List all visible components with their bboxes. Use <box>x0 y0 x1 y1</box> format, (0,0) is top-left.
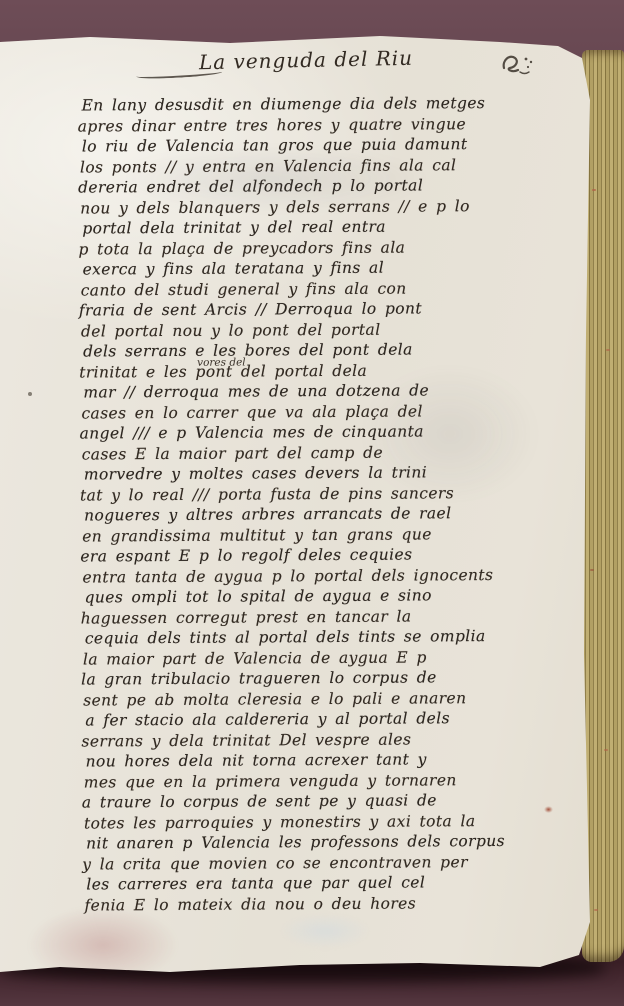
line-text: exerca y fins ala teratana y fins al <box>83 259 385 279</box>
folio-mark-icon <box>498 50 538 80</box>
line-text: apres dinar entre tres hores y quatre vi… <box>78 115 466 135</box>
line-text: la gran tribulacio tragueren lo corpus d… <box>81 668 437 688</box>
line-text: mes que en la primera venguda y tornaren <box>84 771 457 791</box>
line-text: mar // derroqua mes de una dotzena de <box>83 381 429 401</box>
ink-speck <box>28 392 32 396</box>
line-text: haguessen corregut prest en tancar la <box>81 607 412 627</box>
line-text: del portal nou y lo pont del portal <box>81 320 381 340</box>
line-text: a fer stacio ala caldereria y al portal … <box>85 709 450 729</box>
line-text: dereria endret del alfondech p lo portal <box>78 176 423 196</box>
line-text: nit anaren p Valencia les professons del… <box>86 832 505 853</box>
line-text: los ponts // y entra en Valencia fins al… <box>80 156 456 176</box>
line-text: tat y lo real /// porta fusta de pins sa… <box>80 484 454 504</box>
line-text: nou y dels blanquers y dels serrans // e… <box>80 197 470 217</box>
line-text: ques ompli tot lo spital de aygua e sino <box>85 586 432 606</box>
line-text: morvedre y moltes cases devers la trini <box>84 463 427 483</box>
line-text: fraria de sent Arcis // Derroqua lo pont <box>79 299 422 319</box>
line-text: serrans y dela trinitat Del vespre ales <box>81 730 411 750</box>
line-text: nou hores dela nit torna acrexer tant y <box>86 750 427 770</box>
manuscript-page: La venguda del Riu En lany desusdit en d… <box>0 34 600 978</box>
line-text: era espant E p lo regolf deles cequies <box>80 545 412 565</box>
manuscript-photo: La venguda del Riu En lany desusdit en d… <box>0 0 624 1006</box>
line-text: cequia dels tints al portal dels tints s… <box>85 627 486 647</box>
line-text: y la crita que movien co se encontraven … <box>82 853 468 873</box>
line-text: a traure lo corpus de sent pe y quasi de <box>82 791 437 811</box>
line-text: sent pe ab molta cleresia e lo pali e an… <box>83 689 466 709</box>
line-text: canto del studi general y fins ala con <box>81 279 407 299</box>
manuscript-line: fenia E lo mateix dia nou o deu hores <box>84 892 576 916</box>
line-text: fenia E lo mateix dia nou o deu hores <box>84 894 416 914</box>
line-text: en grandissima multitut y tan grans que <box>82 525 432 545</box>
manuscript-text: En lany desusdit en diumenge dia dels me… <box>80 93 577 916</box>
interlinear-insertion: vores del <box>197 352 246 373</box>
line-text: la maior part de Valencia de aygua E p <box>83 648 427 668</box>
line-text: cases E la maior part del camp de <box>82 443 383 463</box>
line-text: En lany desusdit en diumenge dia dels me… <box>82 94 486 114</box>
pale-spot <box>280 914 370 948</box>
line-text: cases en lo carrer que va ala plaça del <box>81 402 423 422</box>
line-text: totes les parroquies y monestirs y axi t… <box>84 812 476 832</box>
line-text: p tota la plaça de preycadors fins ala <box>78 238 405 258</box>
line-text: entra tanta de aygua p lo portal dels ig… <box>82 565 493 586</box>
line-text: nogueres y altres arbres arrancats de ra… <box>84 504 451 524</box>
line-text: angel /// e p Valencia mes de cinquanta <box>80 422 424 442</box>
line-text: dels serrans e les bores del pont dela <box>83 340 413 360</box>
line-text: lo riu de Valencia tan gros que puia dam… <box>82 135 468 155</box>
line-text: les carreres era tanta que par quel cel <box>86 873 425 893</box>
line-text: portal dela trinitat y del real entra <box>82 218 386 238</box>
page-title: La venguda del Riu <box>126 44 486 76</box>
